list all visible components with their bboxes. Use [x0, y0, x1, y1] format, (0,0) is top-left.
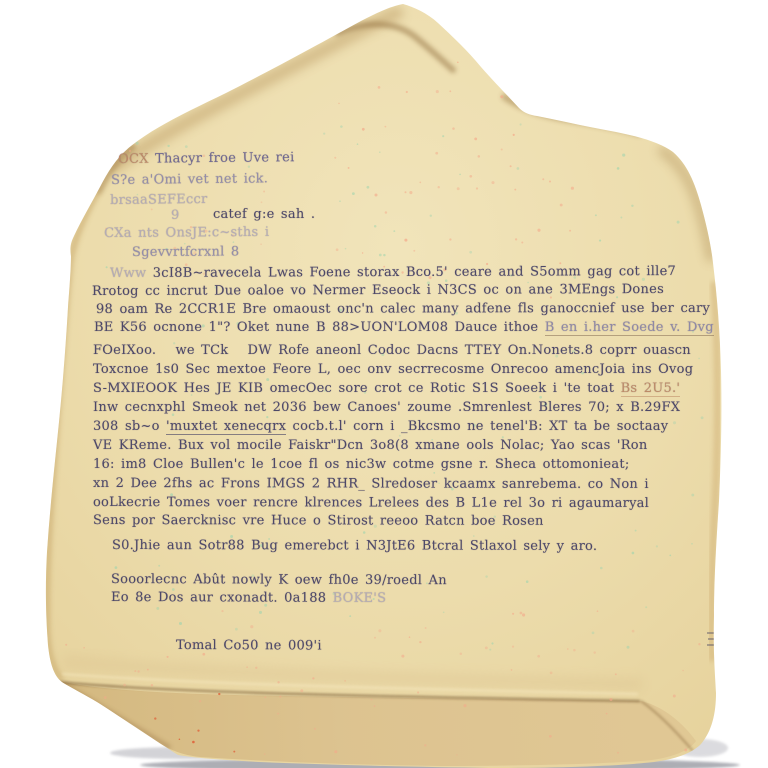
text-segment: VE KReme. Bux vol mocile Faiskr"Dcn 3o8(…	[93, 438, 647, 453]
sender-line-1: OCX Thacyr froe Uve rei	[118, 151, 295, 166]
body-line: S-MXIEOOK Hes JE KIB omecOec sore crot c…	[93, 382, 680, 395]
salutation-line: Sgevvrtfcrxnl 8	[132, 245, 239, 259]
text-segment: 9	[171, 208, 180, 223]
text-segment: Www	[110, 266, 153, 281]
text-segment: OCX	[118, 152, 155, 167]
footer-line: Tomal Co50 ne 009'i	[176, 639, 322, 653]
text-segment: BOKE'S	[333, 591, 387, 606]
text-segment: Inw cecnxphl Smeok net 2036 bew Canoes' …	[93, 400, 680, 415]
text-segment: Toxcnoe 1s0 Sec mextoe Feore L, oec onv …	[93, 362, 693, 377]
text-segment: Sens por Saercknisc vre Huce o Stirost r…	[93, 513, 544, 529]
text-segment: catef g:e sah .	[213, 207, 315, 222]
body-line: xn 2 Dee 2fhs ac Frons IMGS 2 RHR_ Slred…	[93, 477, 649, 491]
reference-line: CXa nts OnsJE:c~sths i	[104, 226, 269, 240]
body-line: 16: im8 Cloe Bullen'c le 1coe fl os nic3…	[93, 458, 629, 471]
text-segment: S-MXIEOOK Hes JE KIB omecOec sore crot c…	[93, 381, 621, 396]
text-segment: Tomal Co50 ne 009'i	[176, 638, 322, 654]
body-line: Toxcnoe 1s0 Sec mextoe Feore L, oec onv …	[93, 363, 693, 376]
text-segment: 16: im8 Cloe Bullen'c le 1coe fl os nic3…	[93, 457, 629, 472]
text-segment: FOeIXoo. we TCk DW Rofe aneonl Codoc Dac…	[93, 343, 691, 358]
closing-line: S0.Jhie aun Sotr88 Bug emerebct i N3JtE6…	[112, 539, 597, 553]
body-line: Inw cecnxphl Smeok net 2036 bew Canoes' …	[93, 401, 680, 414]
text-segment: BE K56 ocnone 1"? Oket nune B 88>UON'LOM…	[94, 320, 545, 335]
text-segment: 98 oam Re 2CCR1E Bre omaoust onc'n calec…	[96, 301, 710, 317]
text-segment: cocb.t.l' corn i _Bkcsmo ne tenel'B: XT …	[286, 419, 668, 434]
body-line: 308 sb~o 'muxtet xenecqrx cocb.t.l' corn…	[93, 420, 668, 433]
text-segment: S0.Jhie aun Sotr88 Bug emerebct i N3JtE6…	[112, 538, 597, 554]
text-segment: B en i.her Soede v. Dvg	[545, 320, 714, 336]
text-segment: S?e a'Omi vet net ick.	[111, 171, 268, 188]
text-segment: 308 sb~o	[93, 419, 166, 434]
text-segment: ooLkecrie Tomes voer rencre klrences Lre…	[93, 495, 649, 511]
body-line: 98 oam Re 2CCR1E Bre omaoust onc'n calec…	[96, 302, 710, 316]
text-segment: Sgevvrtfcrxnl 8	[132, 244, 239, 260]
text-segment: Rrotog cc incrut Due oaloe vo Nermer Ese…	[92, 282, 664, 299]
body-line: ooLkecrie Tomes voer rencre klrences Lre…	[93, 496, 649, 510]
sender-line-3: brsaaSEFEccr	[110, 193, 208, 207]
body-line: FOeIXoo. we TCk DW Rofe aneonl Codoc Dac…	[93, 344, 691, 357]
body-line: Rrotog cc incrut Due oaloe vo Nermer Ese…	[92, 283, 664, 298]
signoff-line-2: Eo 8e Dos aur cxonadt. 0a188 BOKE'S	[111, 591, 386, 605]
date-number: 9	[171, 209, 180, 222]
body-line: Sens por Saercknisc vre Huce o Stirost r…	[93, 514, 544, 528]
text-segment: Bs 2U5.'	[621, 381, 681, 397]
text-segment: Sooorlecnc Abût nowly K oew fh0e 39/roed…	[111, 572, 447, 588]
text-segment: Eo 8e Dos aur cxonadt. 0a188	[111, 590, 333, 606]
sender-line-2: S?e a'Omi vet net ick.	[111, 172, 268, 187]
body-line: BE K56 ocnone 1"? Oket nune B 88>UON'LOM…	[94, 321, 714, 334]
body-line: Www 3cI8B~ravecela Lwas Foene storax Bco…	[110, 265, 676, 280]
text-segment: 'muxtet xenecqrx	[166, 419, 286, 435]
signoff-line-1: Sooorlecnc Abût nowly K oew fh0e 39/roed…	[111, 573, 447, 587]
aged-letter-photo: OCX Thacyr froe Uve reiS?e a'Omi vet net…	[0, 0, 768, 768]
text-segment: 3cI8B~ravecela Lwas Foene storax Bco.5' …	[153, 264, 676, 281]
text-segment: brsaaSEFEccr	[110, 192, 208, 208]
text-segment: xn 2 Dee 2fhs ac Frons IMGS 2 RHR_ Slred…	[93, 476, 649, 492]
text-segment: CXa nts OnsJE:c~sths i	[104, 225, 269, 241]
letter-text-layer: OCX Thacyr froe Uve reiS?e a'Omi vet net…	[0, 0, 768, 768]
date-line: catef g:e sah .	[213, 208, 315, 221]
body-line: VE KReme. Bux vol mocile Faiskr"Dcn 3o8(…	[93, 439, 647, 452]
text-segment: Thacyr froe Uve rei	[155, 150, 295, 166]
